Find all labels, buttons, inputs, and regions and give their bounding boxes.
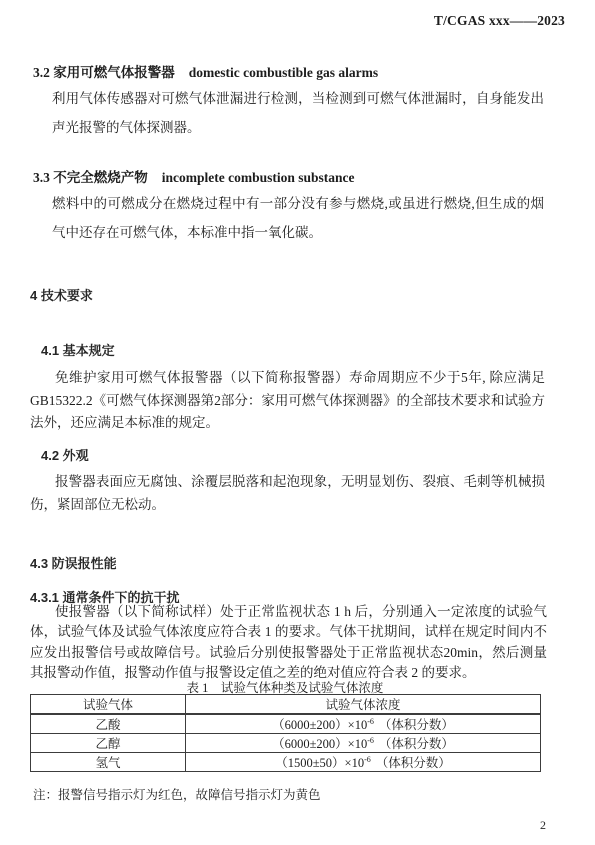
section-3-3-heading-zh: 3.3 不完全燃烧产物: [33, 170, 148, 185]
gas-concentration-cell: （6000±200）×10-6（体积分数）: [186, 714, 541, 734]
gas-name-cell: 氢气: [31, 753, 186, 772]
table-row: 乙醇 （6000±200）×10-6（体积分数）: [31, 734, 541, 753]
section-4-2-body: 报警器表面应无腐蚀、涂覆层脱落和起泡现象，无明显划伤、裂痕、毛刺等机械损伤，紧固…: [30, 471, 545, 516]
section-3-2-heading-en: domestic combustible gas alarms: [189, 65, 378, 80]
table-row: 乙酸 （6000±200）×10-6（体积分数）: [31, 714, 541, 734]
exponent: -6: [367, 717, 374, 726]
section-4-heading: 4 技术要求: [30, 285, 93, 304]
exponent: -6: [367, 736, 374, 745]
table-header-gas: 试验气体: [31, 695, 186, 715]
gas-name-cell: 乙醇: [31, 734, 186, 753]
gas-name-cell: 乙酸: [31, 714, 186, 734]
section-3-2-heading-zh: 3.2 家用可燃气体报警器: [33, 65, 175, 80]
document-page: T/CGAS xxx——2023 3.2 家用可燃气体报警器domestic c…: [0, 0, 595, 845]
section-4-1-body: 免维护家用可燃气体报警器（以下简称报警器）寿命周期应不少于5年, 除应满足GB1…: [30, 367, 545, 435]
section-3-2-body: 利用气体传感器对可燃气体泄漏进行检测，当检测到可燃气体泄漏时，自身能发出声光报警…: [52, 84, 544, 142]
table-note: 注：报警信号指示灯为红色，故障信号指示灯为黄色: [33, 785, 321, 803]
page-number: 2: [540, 818, 546, 833]
table-row: 氢气 （1500±50）×10-6（体积分数）: [31, 753, 541, 772]
gas-concentration-cell: （6000±200）×10-6（体积分数）: [186, 734, 541, 753]
table-header-row: 试验气体 试验气体浓度: [31, 695, 541, 715]
test-gas-table: 试验气体 试验气体浓度 乙酸 （6000±200）×10-6（体积分数） 乙醇 …: [30, 694, 541, 772]
section-4-1-heading: 4.1 基本规定: [41, 340, 115, 359]
section-4-3-heading: 4.3 防误报性能: [30, 553, 117, 572]
section-4-3-1-body: 使报警器（以下简称试样）处于正常监视状态 1 h 后，分别通入一定浓度的试验气体…: [30, 602, 547, 684]
section-3-3-body: 燃料中的可燃成分在燃烧过程中有一部分没有参与燃烧,或虽进行燃烧,但生成的烟气中还…: [52, 189, 544, 247]
table-header-concentration: 试验气体浓度: [186, 695, 541, 715]
doc-code: T/CGAS xxx——2023: [434, 13, 565, 29]
section-3-2-heading: 3.2 家用可燃气体报警器domestic combustible gas al…: [33, 61, 378, 81]
section-3-3-heading-en: incomplete combustion substance: [162, 170, 355, 185]
section-3-3-heading: 3.3 不完全燃烧产物incomplete combustion substan…: [33, 166, 355, 186]
gas-concentration-cell: （1500±50）×10-6（体积分数）: [186, 753, 541, 772]
exponent: -6: [364, 755, 371, 764]
section-4-2-heading: 4.2 外观: [41, 445, 89, 464]
